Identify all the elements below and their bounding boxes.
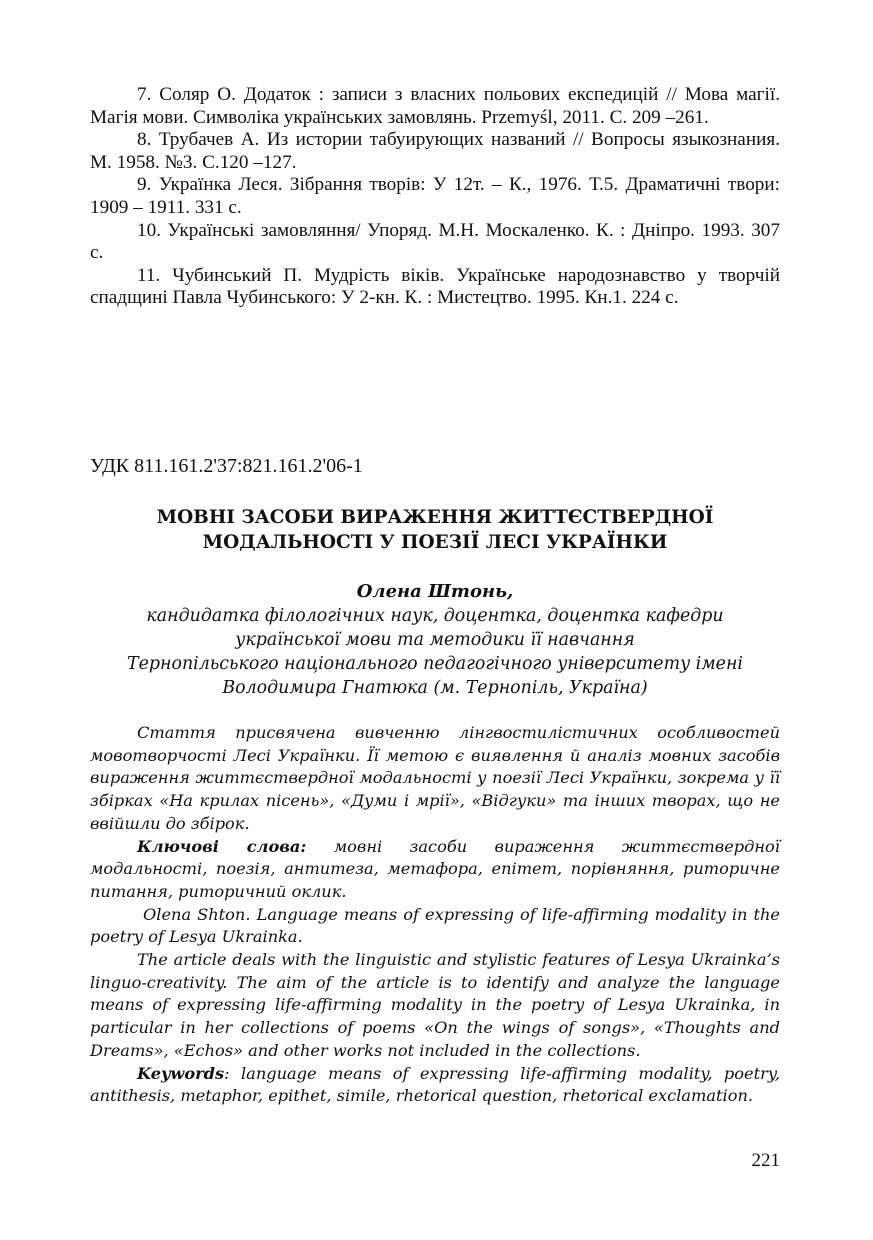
- reference-item: 8. Трубачев А. Из истории табуирующих на…: [90, 129, 780, 174]
- reference-item: 7. Соляр О. Додаток : записи з власних п…: [90, 84, 780, 129]
- author-block: Олена Штонь, кандидатка філологічних нау…: [90, 580, 780, 700]
- page-number: 221: [752, 1150, 781, 1172]
- reference-item: 10. Українські замовляння/ Упоряд. М.Н. …: [90, 220, 780, 265]
- references-list: 7. Соляр О. Додаток : записи з власних п…: [90, 84, 780, 310]
- article-title-line: МОВНІ ЗАСОБИ ВИРАЖЕННЯ ЖИТТЄСТВЕРДНОЇ: [90, 505, 780, 530]
- abstract-ukrainian: Стаття присвячена вивченню лінгвостиліст…: [90, 722, 780, 836]
- udk-code: УДК 811.161.2'37:821.161.2'06-1: [90, 455, 363, 478]
- author-affiliation: кандидатка філологічних наук, доцентка, …: [90, 604, 780, 628]
- keywords-label: Ключові слова:: [137, 837, 306, 856]
- article-title-line: МОДАЛЬНОСТІ У ПОЕЗІЇ ЛЕСІ УКРАЇНКИ: [90, 530, 780, 555]
- author-name: Олена Штонь,: [90, 580, 780, 604]
- abstract-english: The article deals with the linguistic an…: [90, 949, 780, 1063]
- english-title: Olena Shton. Language means of expressin…: [90, 904, 780, 949]
- reference-item: 11. Чубинський П. Мудрість віків. Україн…: [90, 265, 780, 310]
- author-affiliation: української мови та методики її навчання: [90, 628, 780, 652]
- keywords-label: Keywords: [137, 1064, 224, 1083]
- author-affiliation: Володимира Гнатюка (м. Тернопіль, Україн…: [90, 676, 780, 700]
- keywords-english: Keywords: language means of expressing l…: [90, 1063, 780, 1108]
- keywords-ukrainian: Ключові слова: мовні засоби вираження жи…: [90, 836, 780, 904]
- reference-item: 9. Українка Леся. Зібрання творів: У 12т…: [90, 174, 780, 219]
- article-title: МОВНІ ЗАСОБИ ВИРАЖЕННЯ ЖИТТЄСТВЕРДНОЇ МО…: [90, 505, 780, 555]
- author-affiliation: Тернопільського національного педагогічн…: [90, 652, 780, 676]
- abstract-section: Стаття присвячена вивченню лінгвостиліст…: [90, 722, 780, 1108]
